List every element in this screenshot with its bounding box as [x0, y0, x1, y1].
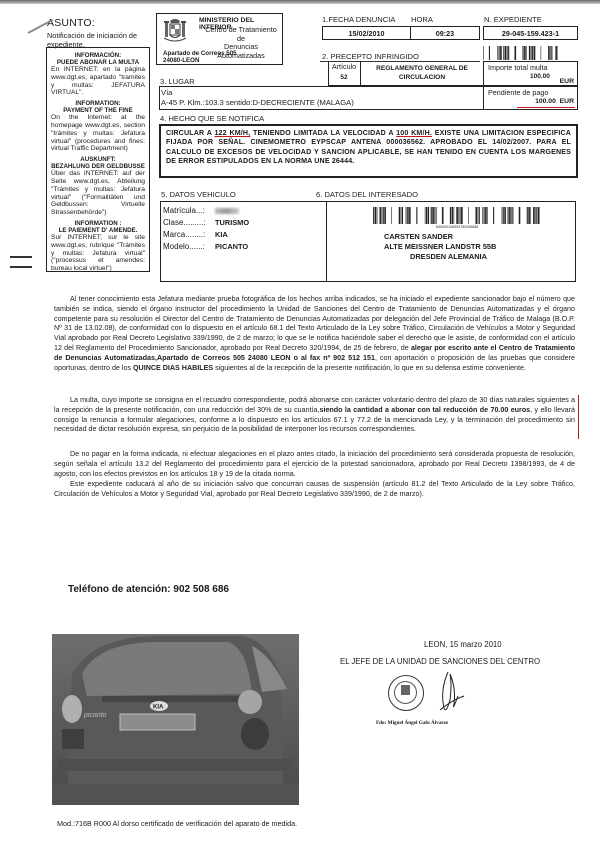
fold-mark — [10, 256, 32, 258]
seal-crest — [401, 685, 410, 695]
via-label: Vía — [161, 88, 172, 97]
payment-info-box: INFORMACIÓN: PUEDE ABONAR LA MULTA En IN… — [46, 47, 150, 272]
ministry-subtitle-line: Centro de Tratamiento de — [201, 26, 281, 43]
interesado-label: 6. DATOS DEL INTERESADO — [316, 190, 418, 199]
vehiculo-data: Matrícula...: Clase.........:TURISMO Mar… — [163, 205, 249, 253]
info-heading: LE PAIEMENT D' AMENDE. — [51, 227, 145, 234]
hora-label: HORA — [411, 15, 433, 24]
address-barcode-icon — [372, 207, 542, 224]
reglamento-line: REGLAMENTO GENERAL DE — [361, 64, 483, 73]
articulo-value: 52 — [328, 74, 360, 81]
hora-value: 09:23 — [410, 26, 480, 40]
info-heading: AUSKUNFT: — [51, 156, 145, 163]
importe-label: Importe total multa — [488, 63, 578, 72]
pendiente-value: 100.00 EUR — [535, 98, 574, 105]
info-body: Sur INTERNET; sur le site www.dgt.es, ru… — [51, 234, 145, 273]
form-model-footer: Mod.:716B R000 Al dorso certificado de v… — [57, 819, 297, 828]
vehiculo-value: KIA — [215, 230, 228, 239]
paragraph-text: De no pagar en la forma indicada, ni efe… — [54, 450, 575, 478]
vehiculo-key: Matrícula...: — [163, 205, 215, 217]
pendiente-cell: Pendiente de pago 100.00 EUR — [483, 86, 578, 110]
recipient-name: CARSTEN SANDER — [384, 232, 496, 242]
paragraph-text: siguientes al de la recepción de la pres… — [213, 364, 526, 372]
info-body: On the Internet: at the homepage www.dgt… — [51, 114, 145, 153]
paragraph-expiry: Este expediente caducará al año de su in… — [54, 480, 575, 500]
info-heading: PAYMENT OF THE FINE — [51, 107, 145, 114]
expediente-label: N. EXPEDIENTE — [484, 15, 542, 24]
scan-edge — [0, 0, 600, 4]
signed-by: Fdo: Miguel Ángel Gafo Álvarez — [376, 720, 448, 726]
car-rear-photo-icon: KIA picanto — [52, 634, 299, 805]
info-heading: PUEDE ABONAR LA MULTA — [51, 59, 145, 66]
barcode-number: N36000106904780006688 — [372, 225, 542, 229]
signatory-role: EL JEFE DE LA UNIDAD DE SANCIONES DEL CE… — [340, 657, 540, 666]
expediente-value: 29-045-159.423-1 — [483, 26, 578, 40]
lugar-label: 3. LUGAR — [160, 77, 195, 86]
hecho-text: TENIENDO LIMITADA LA VELOCIDAD A — [250, 129, 396, 137]
vehiculo-interesado-box: Matrícula...: Clase.........:TURISMO Mar… — [160, 201, 576, 282]
svg-text:picanto: picanto — [83, 712, 107, 719]
via-value: A-45 P. Klm.:103.3 sentido:D-DECRECIENTE… — [161, 98, 354, 107]
vehiculo-value: PICANTO — [215, 242, 248, 251]
articulo-label: Artículo — [328, 62, 360, 71]
info-body: En INTERNET: en la página www.dgt.es, ap… — [51, 66, 145, 97]
svg-text:KIA: KIA — [153, 705, 164, 711]
reglamento-cell: REGLAMENTO GENERAL DE CIRCULACION — [361, 64, 483, 82]
measured-speed: 122 KM/H, — [214, 129, 250, 137]
paragraph-payment: La multa, cuyo importe se consigna en el… — [54, 396, 575, 435]
handwritten-signature-icon — [436, 670, 466, 716]
fecha-label: 1.FECHA DENUNCIA — [322, 15, 395, 24]
red-underline — [517, 107, 575, 108]
recipient-street: ALTE MEISSNER LANDSTR 55B — [384, 242, 496, 252]
vehiculo-row: Modelo......:PICANTO — [163, 241, 249, 253]
importe-cell: Importe total multa 100.00 EUR — [483, 61, 578, 86]
hecho-text: CIRCULAR A — [166, 129, 214, 137]
fold-mark — [10, 266, 32, 268]
vehiculo-key: Modelo......: — [163, 241, 215, 253]
recipient-city: DRESDEN ALEMANIA — [384, 252, 496, 262]
hecho-label: 4. HECHO QUE SE NOTIFICA — [160, 114, 264, 123]
vehiculo-key: Marca........: — [163, 229, 215, 241]
info-body: Über das INTERNET: auf der Seite www.dgt… — [51, 170, 145, 217]
place-date: LEON, 15 marzo 2010 — [424, 640, 502, 649]
pendiente-label: Pendiente de pago — [488, 88, 578, 97]
vehiculo-key: Clase.........: — [163, 217, 215, 229]
paragraph-notification: Al tener conocimiento esta Jefatura medi… — [54, 295, 575, 373]
info-heading: INFORMACIÓN: — [51, 52, 145, 59]
ministry-address: Apartado de Correos 505 24080-LEON — [163, 50, 237, 64]
vehiculo-row: Matrícula...: — [163, 205, 249, 217]
vehicle-photo: KIA picanto — [52, 634, 299, 805]
hecho-box: CIRCULAR A 122 KM/H, TENIENDO LIMITADA L… — [159, 124, 578, 178]
paragraph-text: Este expediente caducará al año de su in… — [54, 480, 575, 498]
speed-limit: 100 KM/H. — [396, 129, 432, 137]
red-margin-line — [578, 395, 579, 439]
importe-value: 100.00 — [530, 73, 550, 80]
address-line: 24080-LEON — [163, 57, 237, 64]
precepto-label: 2. PRECEPTO INFRINGIDO — [322, 52, 419, 61]
official-seal-icon — [388, 675, 424, 711]
phone-line: Teléfono de atención: 902 508 686 — [68, 584, 229, 595]
subject-label: ASUNTO: — [47, 17, 95, 29]
address-line: Apartado de Correos 505 — [163, 50, 237, 57]
blurred-plate — [215, 208, 239, 214]
vehiculo-row: Clase.........:TURISMO — [163, 217, 249, 229]
paragraph-consequence: De no pagar en la forma indicada, ni efe… — [54, 450, 575, 479]
divider — [326, 202, 327, 281]
articulo-cell: Artículo 52 — [328, 61, 361, 86]
reglamento-line: CIRCULACION — [361, 73, 483, 82]
expediente-barcode-icon — [483, 46, 558, 60]
fecha-value: 15/02/2010 — [322, 26, 411, 40]
vehiculo-row: Marca........:KIA — [163, 229, 249, 241]
paragraph-bold: QUINCE DIAS HABILES — [133, 364, 213, 372]
paragraph-bold: siendo la cantidad a abonar con tal redu… — [320, 406, 531, 414]
spain-coat-of-arms-icon — [163, 17, 187, 44]
info-heading: INFORMATION: — [51, 100, 145, 107]
vehiculo-value: TURISMO — [215, 218, 249, 227]
recipient-address: CARSTEN SANDER ALTE MEISSNER LANDSTR 55B… — [384, 232, 496, 262]
info-heading: INFORMATION : — [51, 220, 145, 227]
importe-currency: EUR — [560, 78, 574, 85]
ministry-box: MINISTERIO DEL INTERIOR Centro de Tratam… — [156, 13, 283, 65]
vehiculo-label: 5. DATOS VEHICULO — [161, 190, 236, 199]
